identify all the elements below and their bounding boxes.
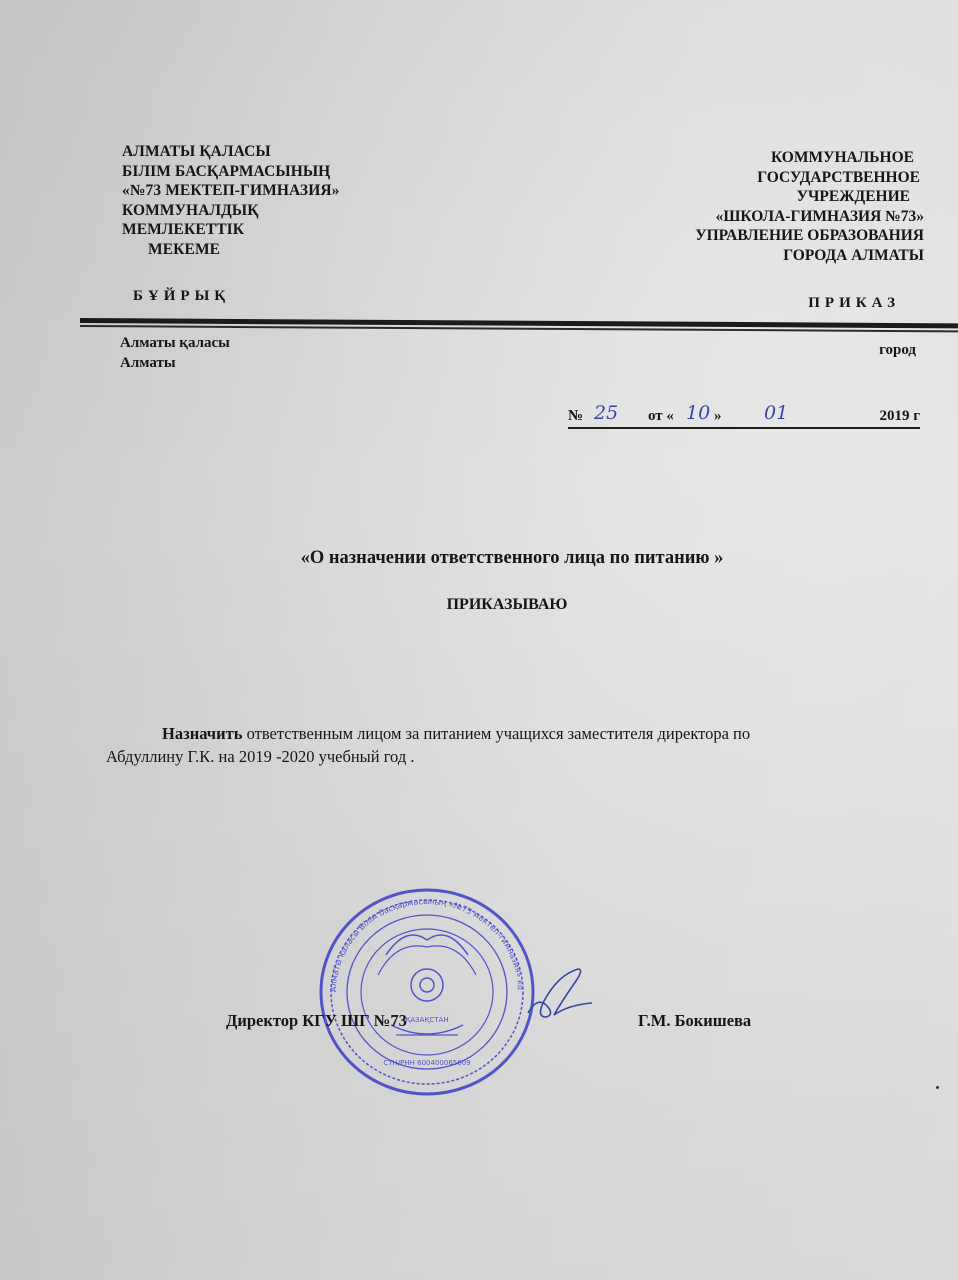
body-text-1: ответственным лицом за питанием учащихся… — [242, 724, 750, 743]
seal-center-text: ҚАЗАҚСТАН — [405, 1016, 448, 1024]
body-line-1: Назначить ответственным лицом за питание… — [106, 722, 938, 745]
order-number-line: № 25 от « 10 » 01 2019 г — [568, 408, 920, 429]
seal-outer-text: Алматы қаласы Білім басқармасының «№73 м… — [316, 885, 525, 992]
header-right-line: «ШКОЛА-ГИМНАЗИЯ №73» — [695, 207, 924, 227]
city-ru: город — [879, 342, 916, 359]
body-text-2: Абдуллину Г.К. на 2019 -2020 учебный год… — [106, 745, 938, 768]
handwritten-signature-icon — [518, 965, 598, 1025]
from-label: от « — [648, 408, 674, 425]
signatory-name: Г.М. Бокишева — [638, 1011, 751, 1031]
number-handwritten: 25 — [594, 402, 618, 424]
order-body: Назначить ответственным лицом за питание… — [106, 722, 938, 768]
header-right-line: УЧРЕЖДЕНИЕ — [695, 187, 910, 207]
signatory-position: Директор КГУ ШГ №73 — [226, 1011, 407, 1031]
order-label-ru: ПРИКАЗ — [808, 295, 900, 312]
header-left-kz: АЛМАТЫ ҚАЛАСЫ БІЛІМ БАСҚАРМАСЫНЫҢ «№73 М… — [122, 142, 340, 259]
header-right-line: ГОРОДА АЛМАТЫ — [695, 246, 924, 266]
command-heading: ПРИКАЗЫВАЮ — [0, 596, 958, 614]
city-kz: Алматы қаласы Алматы — [120, 333, 230, 373]
seal-inner-text: СТН/РНН 600400065609 — [383, 1059, 470, 1067]
city-kz-line: Алматы — [120, 353, 230, 373]
document-title: «О назначении ответственного лица по пит… — [0, 548, 958, 569]
header-left-line: КОММУНАЛДЫҚ — [122, 201, 340, 221]
header-left-line: МЕМЛЕКЕТТІК — [122, 220, 340, 240]
city-kz-line: Алматы қаласы — [120, 333, 230, 353]
header-left-line: «№73 МЕКТЕП-ГИМНАЗИЯ» — [122, 181, 340, 201]
day-handwritten: 10 — [686, 402, 710, 424]
official-seal-icon: Алматы қаласы Білім басқармасының «№73 м… — [316, 885, 538, 1099]
month-handwritten: 01 — [764, 402, 788, 424]
day-close: » — [714, 408, 722, 425]
header-left-line: БІЛІМ БАСҚАРМАСЫНЫҢ — [122, 162, 340, 182]
number-label: № — [568, 408, 583, 425]
order-label-kz: БҰЙРЫҚ — [133, 288, 230, 305]
header-left-line: МЕКЕМЕ — [122, 240, 340, 260]
year: 2019 г — [879, 408, 920, 425]
body-verb: Назначить — [162, 724, 242, 743]
ink-dot — [936, 1086, 939, 1089]
header-right-line: УПРАВЛЕНИЕ ОБРАЗОВАНИЯ — [695, 226, 924, 246]
header-left-line: АЛМАТЫ ҚАЛАСЫ — [122, 142, 340, 162]
header-right-line: КОММУНАЛЬНОЕ — [695, 148, 914, 168]
header-right-line: ГОСУДАРСТВЕННОЕ — [695, 168, 920, 188]
header-right-ru: КОММУНАЛЬНОЕ ГОСУДАРСТВЕННОЕ УЧРЕЖДЕНИЕ … — [695, 148, 924, 265]
svg-text:Алматы қаласы Білім басқармасы: Алматы қаласы Білім басқармасының «№73 м… — [316, 885, 525, 992]
